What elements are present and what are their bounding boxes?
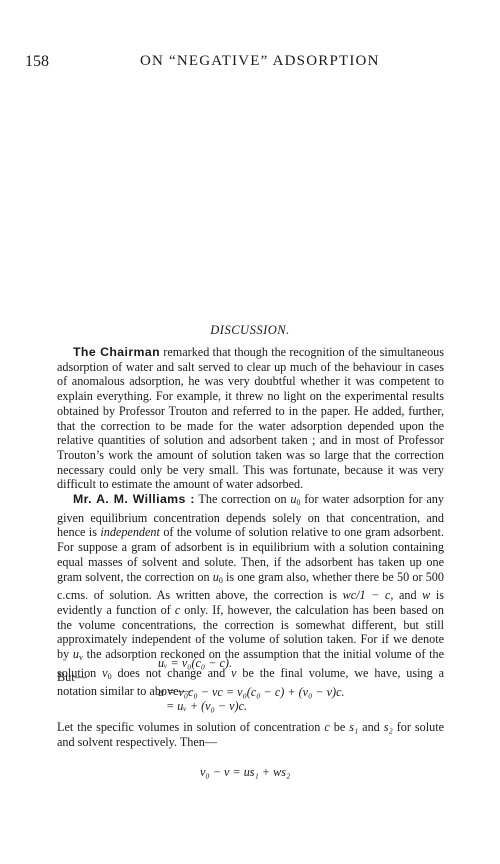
page-header: 158 ON “NEGATIVE” ADSORPTION xyxy=(0,50,500,74)
section-title: DISCUSSION. xyxy=(0,323,500,338)
running-title: ON “NEGATIVE” ADSORPTION xyxy=(140,53,380,70)
equation-3: v₀ − v = us₁ + ws₂ xyxy=(200,765,290,780)
equation-2-line-1: u = v₀c₀ − vc = v₀(c₀ − c) + (v₀ − v)c. xyxy=(158,685,345,700)
equation-1: uᵥ = v₀(c₀ − c). xyxy=(158,656,232,671)
discussion-body: The Chairman remarked that though the re… xyxy=(57,345,444,699)
emphasis: independent xyxy=(100,525,160,539)
williams-paragraph: Mr. A. M. Williams : The correction on u… xyxy=(57,492,444,699)
equation-2-line-2: = uᵥ + (v₀ − v)c. xyxy=(166,699,247,714)
speaker-name: The Chairman xyxy=(73,345,160,359)
page-number: 158 xyxy=(25,53,49,71)
but-label: But— xyxy=(57,670,87,685)
chairman-paragraph: The Chairman remarked that though the re… xyxy=(57,345,444,492)
specific-volumes-paragraph: Let the specific volumes in solution of … xyxy=(57,720,444,749)
speaker-name: Mr. A. M. Williams : xyxy=(73,492,195,506)
paragraph-text: remarked that though the recognition of … xyxy=(57,345,444,491)
